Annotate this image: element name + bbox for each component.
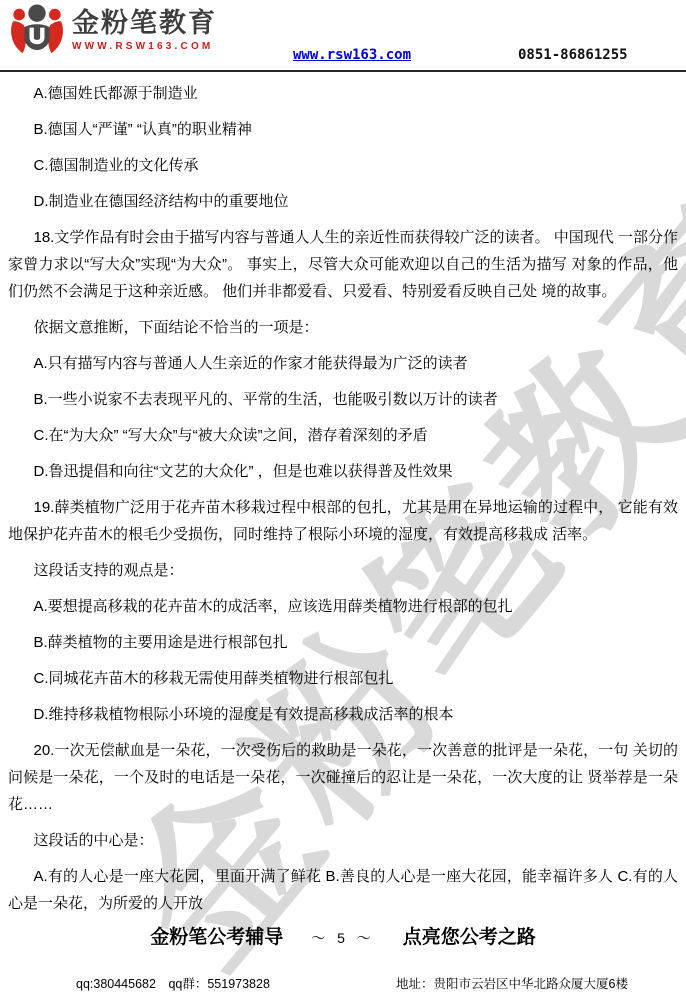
header-phone-number: 0851-86861255 — [518, 47, 628, 63]
footer-contacts-row: qq:380445682 qq群：551973828 地址：贵阳市云岩区中华北路… — [0, 974, 686, 992]
q20-stem: 这段话的中心是： — [8, 827, 678, 854]
header-website-link[interactable]: www.rsw163.com — [293, 47, 411, 63]
q20-passage: 20.一次无偿献血是一朵花，一次受伤后的救助是一朵花，一次善意的批评是一朵花，一… — [8, 737, 678, 818]
q19-option-c: C.同城花卉苗木的移栽无需使用薛类植物进行根部包扎 — [8, 665, 678, 692]
footer-slogan-right: 点亮您公考之路 — [403, 922, 536, 949]
q19-passage: 19.薛类植物广泛用于花卉苗木移栽过程中根部的包扎，尤其是用在异地运输的过程中，… — [8, 494, 678, 548]
q17-option-d: D.制造业在德国经济结构中的重要地位 — [8, 188, 678, 215]
brand-site-url: WWW.RSW163.COM — [72, 40, 217, 54]
q18-passage: 18.文学作品有时会由于描写内容与普通人人生的亲近性而获得较广泛的读者。 中国现… — [8, 224, 678, 305]
q18-option-a: A.只有描写内容与普通人人生亲近的作家才能获得最为广泛的读者 — [8, 350, 678, 377]
brand-logo-icon — [8, 3, 66, 59]
logo-text: 金粉笔教育 WWW.RSW163.COM — [72, 8, 217, 54]
q19-stem: 这段话支持的观点是： — [8, 557, 678, 584]
document-content: A.德国姓氏都源于制造业 B.德国人“严谨” “认真”的职业精神 C.德国制造业… — [8, 80, 678, 926]
q18-stem: 依据文意推断，下面结论不恰当的一项是： — [8, 314, 678, 341]
footer-slogan-row: 金粉笔公考辅导 ～ 5 ～ 点亮您公考之路 — [0, 922, 686, 949]
footer-address: 地址：贵阳市云岩区中华北路众厦大厦6楼 — [396, 974, 628, 992]
q20-options: A.有的人心是一座大花园，里面开满了鲜花 B.善良的人心是一座大花园，能幸福许多… — [8, 863, 678, 917]
document-page: 金粉笔教育 金粉笔教育 WWW.RSW163.COM www.rsw163.co… — [0, 0, 686, 1008]
q19-option-d: D.维持移栽植物根际小环境的湿度是有效提高移栽成活率的根本 — [8, 701, 678, 728]
q19-option-a: A.要想提高移栽的花卉苗木的成活率，应该选用薛类植物进行根部的包扎 — [8, 593, 678, 620]
q17-option-c: C.德国制造业的文化传承 — [8, 152, 678, 179]
q19-option-b: B.薛类植物的主要用途是进行根部包扎 — [8, 629, 678, 656]
q18-option-b: B.一些小说家不去表现平凡的、平常的生活，也能吸引数以万计的读者 — [8, 386, 678, 413]
brand-name: 金粉笔教育 — [72, 8, 217, 38]
q17-option-b: B.德国人“严谨” “认真”的职业精神 — [8, 116, 678, 143]
q17-option-a: A.德国姓氏都源于制造业 — [8, 80, 678, 107]
page-number: ～ 5 ～ — [311, 928, 375, 948]
logo: 金粉笔教育 WWW.RSW163.COM — [8, 3, 217, 59]
header: 金粉笔教育 WWW.RSW163.COM www.rsw163.com 0851… — [0, 0, 686, 72]
q18-option-d: D.鲁迅提倡和向往“文艺的大众化” ，但是也难以获得普及性效果 — [8, 458, 678, 485]
footer-qq-info: qq:380445682 qq群：551973828 — [76, 974, 270, 992]
footer-slogan-left: 金粉笔公考辅导 — [150, 922, 283, 949]
q18-option-c: C.在“为大众” “写大众”与“被大众读”之间，潜存着深刻的矛盾 — [8, 422, 678, 449]
